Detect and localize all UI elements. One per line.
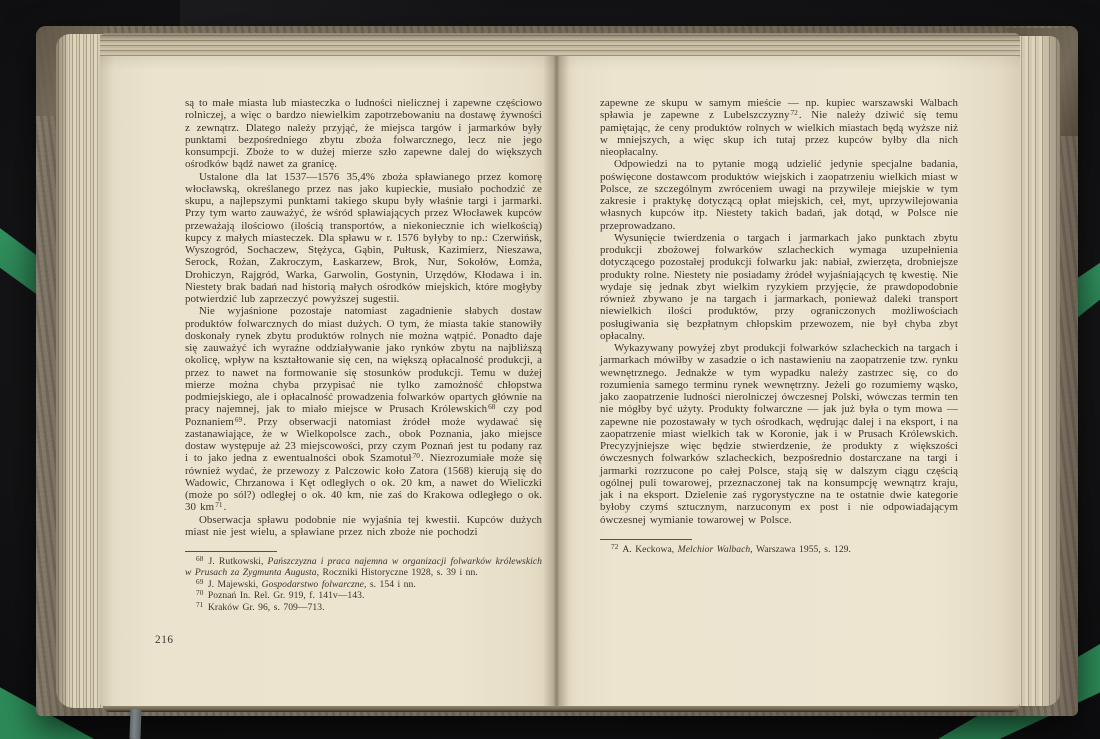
book-gutter-shadow xyxy=(543,56,569,706)
paragraph: są to małe miasta lub miasteczka o ludno… xyxy=(185,97,542,171)
footnote-list: 68 J. Rutkowski, Pańszczyzna i praca naj… xyxy=(185,556,542,613)
paragraph: Wykazywany powyżej zbyt produkcji folwar… xyxy=(600,342,958,526)
paragraph: Nie wyjaśnione pozostaje natomiast zagad… xyxy=(185,305,542,513)
page-stack-left-edge xyxy=(56,34,104,708)
footnote-separator xyxy=(600,539,692,540)
paragraph: zapewne ze skupu w samym mieście — np. k… xyxy=(600,97,958,158)
paragraph: 69 J. Majewski, Gospodarstwo folwarczne,… xyxy=(185,579,542,590)
paragraph: Wysunięcie twierdzenia o targach i jarma… xyxy=(600,232,958,342)
paragraph: Obserwacja spławu podobnie nie wyjaśnia … xyxy=(185,514,542,539)
paragraph: 68 J. Rutkowski, Pańszczyzna i praca naj… xyxy=(185,556,542,579)
left-page: są to małe miasta lub miasteczka o ludno… xyxy=(100,56,556,706)
book-strap xyxy=(129,709,141,739)
right-page-text-column: zapewne ze skupu w samym mieście — np. k… xyxy=(600,97,958,555)
paragraph: Odpowiedzi na to pytanie mogą udzielić j… xyxy=(600,158,958,232)
footnote-list: 72 A. Keckowa, Melchior Walbach, Warszaw… xyxy=(600,544,958,555)
left-page-footnotes: 68 J. Rutkowski, Pańszczyzna i praca naj… xyxy=(185,551,542,613)
paragraph: 72 A. Keckowa, Melchior Walbach, Warszaw… xyxy=(600,544,958,555)
paragraph: 70 Poznań In. Rel. Gr. 919, f. 141v—143. xyxy=(185,590,542,601)
left-page-body: są to małe miasta lub miasteczka o ludno… xyxy=(185,97,542,538)
footnote-separator xyxy=(185,551,277,552)
right-page-footnotes: 72 A. Keckowa, Melchior Walbach, Warszaw… xyxy=(600,539,958,555)
paragraph: 71 Kraków Gr. 96, s. 709—713. xyxy=(185,602,542,613)
page-stack-top-edge xyxy=(100,33,1020,58)
left-page-text-column: są to małe miasta lub miasteczka o ludno… xyxy=(185,97,542,613)
page-stack-right-edge xyxy=(1018,36,1060,706)
right-page: zapewne ze skupu w samym mieście — np. k… xyxy=(556,56,1020,706)
paragraph: Ustalone dla lat 1537—1576 35,4% zboża s… xyxy=(185,171,542,306)
right-page-body: zapewne ze skupu w samym mieście — np. k… xyxy=(600,97,958,526)
book-scan-scene: są to małe miasta lub miasteczka o ludno… xyxy=(0,0,1100,739)
page-number: 216 xyxy=(155,634,174,646)
